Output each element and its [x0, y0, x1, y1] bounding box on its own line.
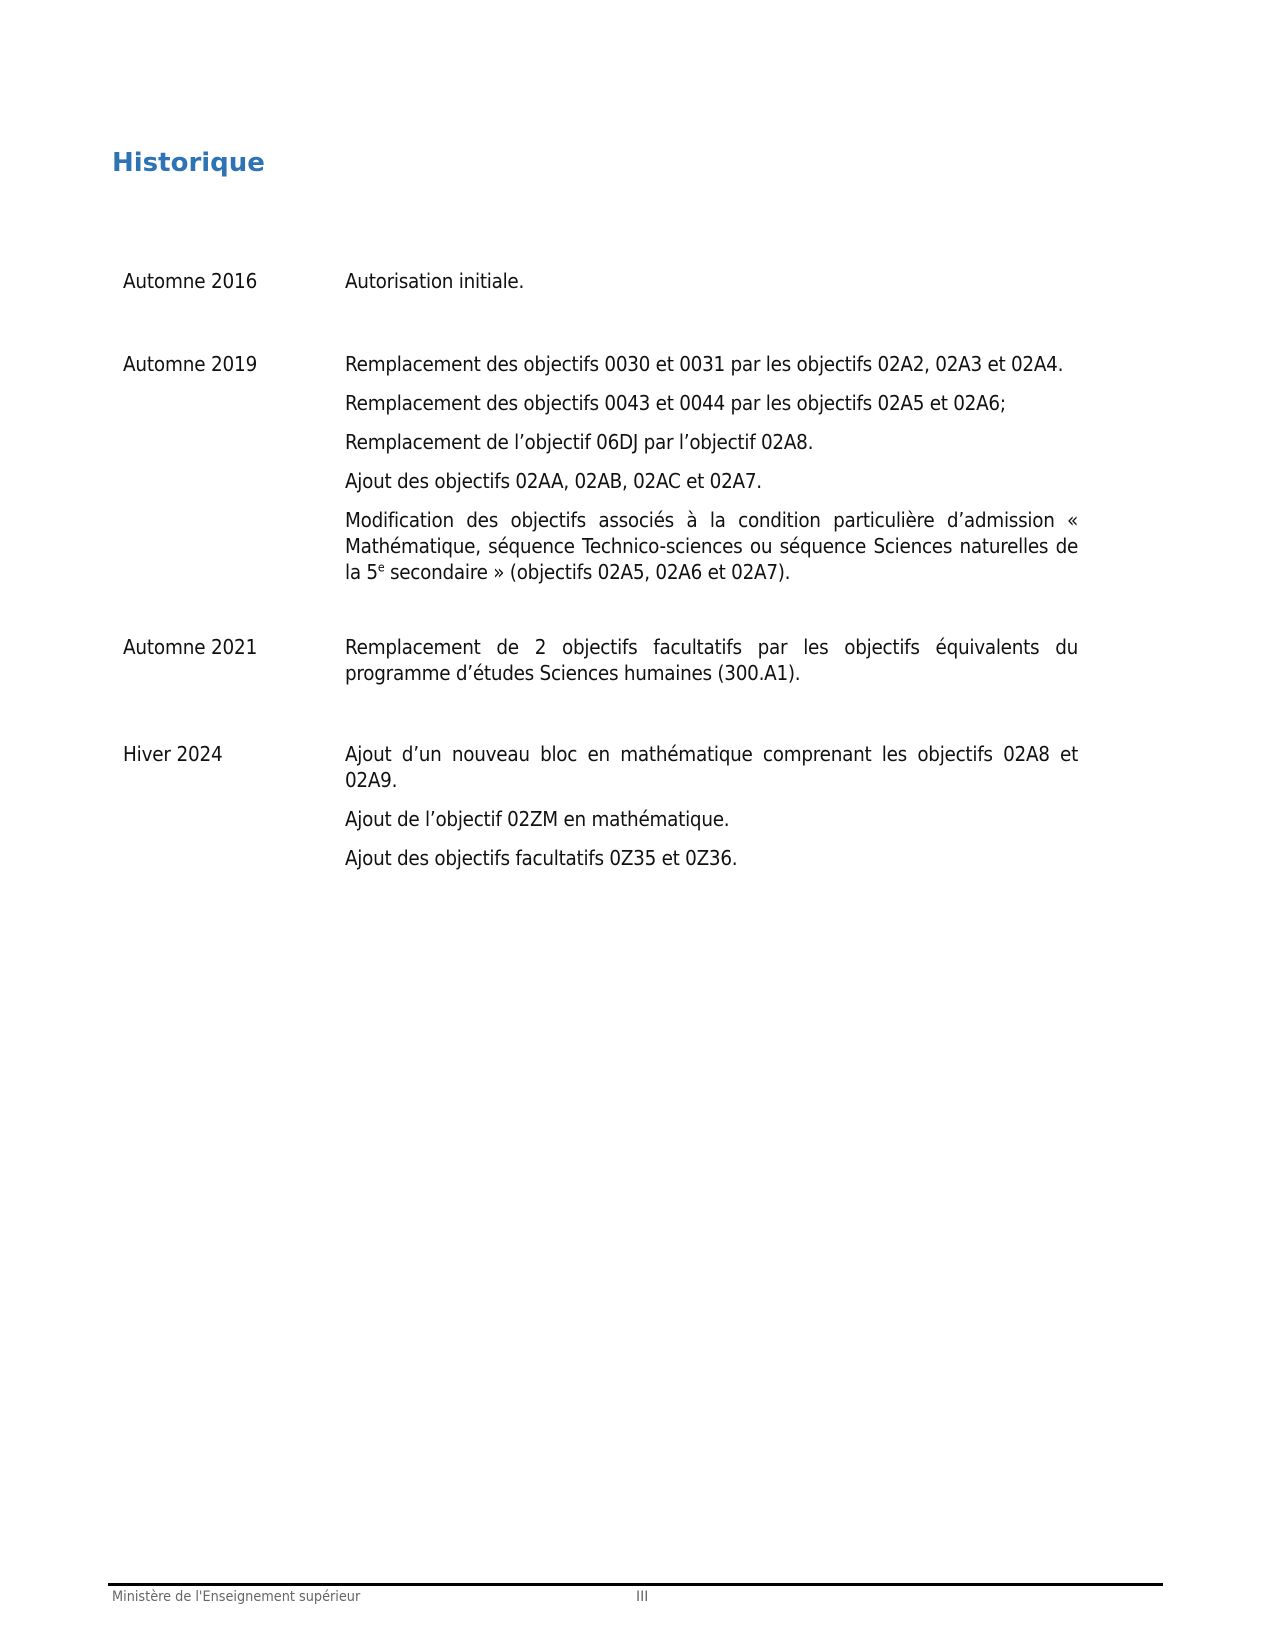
entry-item: Remplacement de l’objectif 06DJ par l’ob… — [345, 429, 1078, 455]
page-number: III — [636, 1589, 648, 1605]
entry-item: Ajout des objectifs facultatifs 0Z35 et … — [345, 845, 1078, 871]
entry-item: Remplacement des objectifs 0030 et 0031 … — [345, 351, 1078, 377]
entry-date: Automne 2021 — [123, 634, 327, 699]
entry-item: Ajout de l’objectif 02ZM en mathématique… — [345, 806, 1078, 832]
entry-item: Remplacement des objectifs 0043 et 0044 … — [345, 390, 1078, 416]
entry-items: Autorisation initiale. — [345, 268, 1078, 307]
footer-divider — [108, 1583, 1163, 1586]
entry-items: Remplacement des objectifs 0030 et 0031 … — [345, 351, 1078, 598]
history-entry-automne-2016: Automne 2016 Autorisation initiale. — [123, 268, 1078, 307]
history-entry-hiver-2024: Hiver 2024 Ajout d’un nouveau bloc en ma… — [123, 741, 1078, 884]
history-entry-automne-2021: Automne 2021 Remplacement de 2 objectifs… — [123, 634, 1078, 699]
entry-date: Automne 2019 — [123, 351, 327, 598]
entry-items: Ajout d’un nouveau bloc en mathématique … — [345, 741, 1078, 884]
entry-item-admission-condition: Modification des objectifs associés à la… — [345, 507, 1078, 585]
entry-date: Automne 2016 — [123, 268, 327, 307]
footer-organization: Ministère de l'Enseignement supérieur — [112, 1589, 360, 1605]
entry-items: Remplacement de 2 objectifs facultatifs … — [345, 634, 1078, 699]
page-title: Historique — [112, 148, 265, 178]
history-table: Automne 2016 Autorisation initiale. Auto… — [123, 268, 1078, 884]
entry-date: Hiver 2024 — [123, 741, 327, 884]
history-entry-automne-2019: Automne 2019 Remplacement des objectifs … — [123, 351, 1078, 598]
entry-item: Autorisation initiale. — [345, 268, 1078, 294]
entry-item: Ajout des objectifs 02AA, 02AB, 02AC et … — [345, 468, 1078, 494]
entry-item-text: secondaire » (objectifs 02A5, 02A6 et 02… — [384, 560, 790, 584]
entry-item: Ajout d’un nouveau bloc en mathématique … — [345, 741, 1078, 793]
entry-item: Remplacement de 2 objectifs facultatifs … — [345, 634, 1078, 686]
